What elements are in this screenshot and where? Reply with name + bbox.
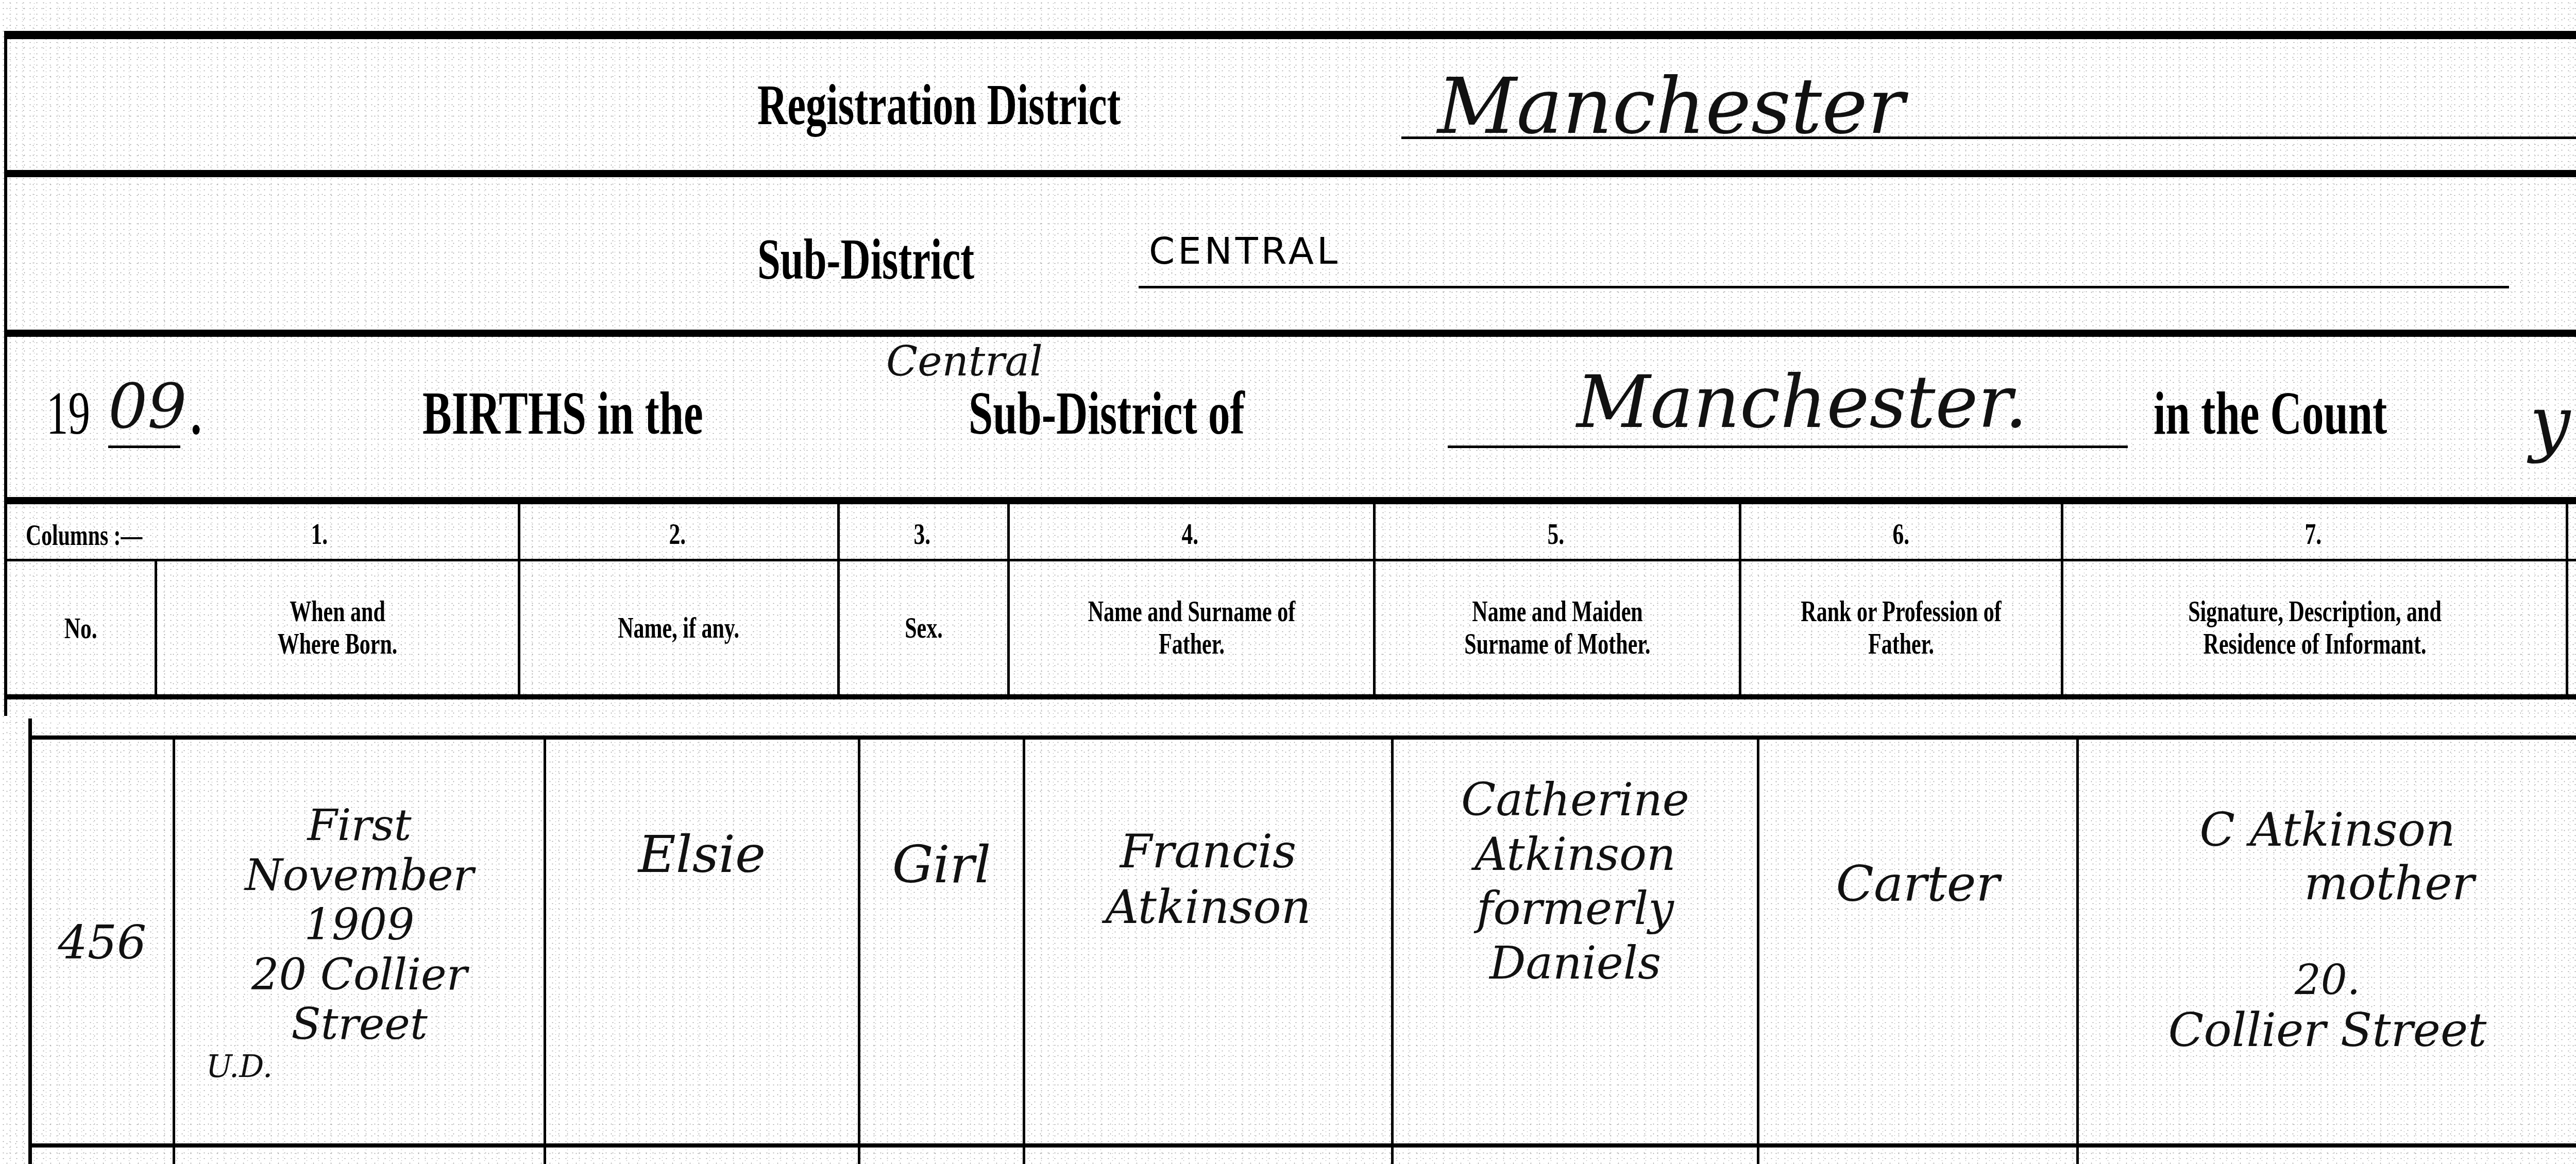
registration-district-value[interactable]: Manchester: [1437, 62, 1905, 151]
entry-name[interactable]: Elsie: [546, 742, 858, 1143]
born-line: First: [307, 800, 411, 850]
entry-mother[interactable]: Catherine Atkinson formerly Daniels: [1394, 742, 1757, 1143]
mother-line: Catherine: [1461, 773, 1689, 827]
entry-no[interactable]: 456: [32, 742, 173, 1143]
sub-district-of-label: Sub-District of: [969, 379, 1245, 449]
sub-district-value[interactable]: CENTRAL: [1149, 229, 1341, 272]
birth-register-page: Registration District Manchester Sub-Dis…: [0, 0, 2576, 1164]
year-dot: .: [191, 379, 201, 449]
col-header-informant: Signature, Description, and Residence of…: [2063, 564, 2566, 693]
col-number-6: 6.: [1850, 517, 1953, 551]
registration-district-label: Registration District: [757, 72, 1121, 139]
father-line: Francis: [1120, 824, 1296, 880]
col-number-4: 4.: [1139, 517, 1242, 551]
born-line: 1909: [304, 900, 415, 950]
sub-district-label: Sub-District: [757, 227, 974, 293]
year-prefix: 19: [46, 379, 90, 449]
born-line: U.D.: [206, 1049, 273, 1085]
informant-line: Collier Street: [2168, 1004, 2487, 1057]
rule-after-colnums: [4, 559, 2576, 561]
rule-top: [4, 31, 2576, 39]
scan-gap: [31, 718, 2576, 723]
births-label: BIRTHS in the: [422, 379, 703, 449]
col-number-2: 2.: [626, 517, 729, 551]
sub-district-underline: [1139, 286, 2509, 288]
rule-after-subdistrict: [4, 330, 2576, 337]
entry-rule-top: [31, 735, 2576, 740]
informant-line: 20.: [2295, 956, 2360, 1004]
col-number-5: 5.: [1504, 517, 1607, 551]
year-suffix[interactable]: 09: [108, 371, 187, 442]
county-suffix[interactable]: y: [2530, 381, 2570, 465]
father-line: Atkinson: [1105, 880, 1311, 935]
col-number-3: 3.: [871, 517, 974, 551]
year-underline: [108, 446, 180, 448]
born-line: November: [245, 850, 474, 900]
sub-district-of-underline: [1448, 446, 2128, 448]
col-header-mother: Name and Maiden Surname of Mother.: [1376, 564, 1739, 693]
entry-frame-left: [28, 718, 32, 1164]
col-number-7: 7.: [2262, 517, 2365, 551]
col-header-profession: Rank or Profession of Father.: [1741, 564, 2061, 693]
col-header-when-where-born: When and Where Born.: [157, 564, 518, 693]
entry-no-text: 456: [58, 916, 147, 970]
columns-label: Columns :—: [26, 518, 142, 552]
informant-line: mother: [2304, 857, 2475, 911]
born-line: 20 Collier: [251, 950, 467, 1000]
col-header-father: Name and Surname of Father.: [1010, 564, 1373, 693]
entry-sex-text: Girl: [892, 834, 991, 895]
rule-after-district: [4, 170, 2576, 177]
entry-informant[interactable]: C Atkinson mother 20. Collier Street: [2079, 742, 2576, 1143]
mother-line: formerly: [1477, 881, 1674, 936]
rule-after-colheads: [4, 694, 2576, 699]
born-line: Street: [291, 999, 428, 1049]
profession-text: Carter: [1836, 855, 2000, 913]
col-header-when-registered: When Registered.: [2568, 564, 2576, 693]
entry-father[interactable]: Francis Atkinson: [1025, 742, 1391, 1143]
county-label: in the Count: [2154, 379, 2387, 449]
mother-line: Atkinson: [1475, 827, 1675, 882]
entry-sex[interactable]: Girl: [860, 742, 1023, 1143]
entry-rule-bottom: [31, 1143, 2576, 1148]
sub-district-of-value[interactable]: Manchester.: [1577, 361, 2027, 444]
entry-profession[interactable]: Carter: [1759, 742, 2076, 1143]
entry-name-text: Elsie: [638, 824, 766, 884]
mother-line: Daniels: [1489, 936, 1661, 990]
col-header-sex: Sex.: [840, 564, 1007, 693]
rule-after-title: [4, 497, 2576, 504]
col-header-name: Name, if any.: [520, 564, 837, 693]
col-number-1: 1.: [268, 517, 371, 551]
entry-when-where-born[interactable]: First November 1909 20 Collier Street U.…: [175, 742, 544, 1143]
col-header-no: No.: [7, 564, 155, 693]
informant-line: C Atkinson: [2199, 803, 2455, 857]
